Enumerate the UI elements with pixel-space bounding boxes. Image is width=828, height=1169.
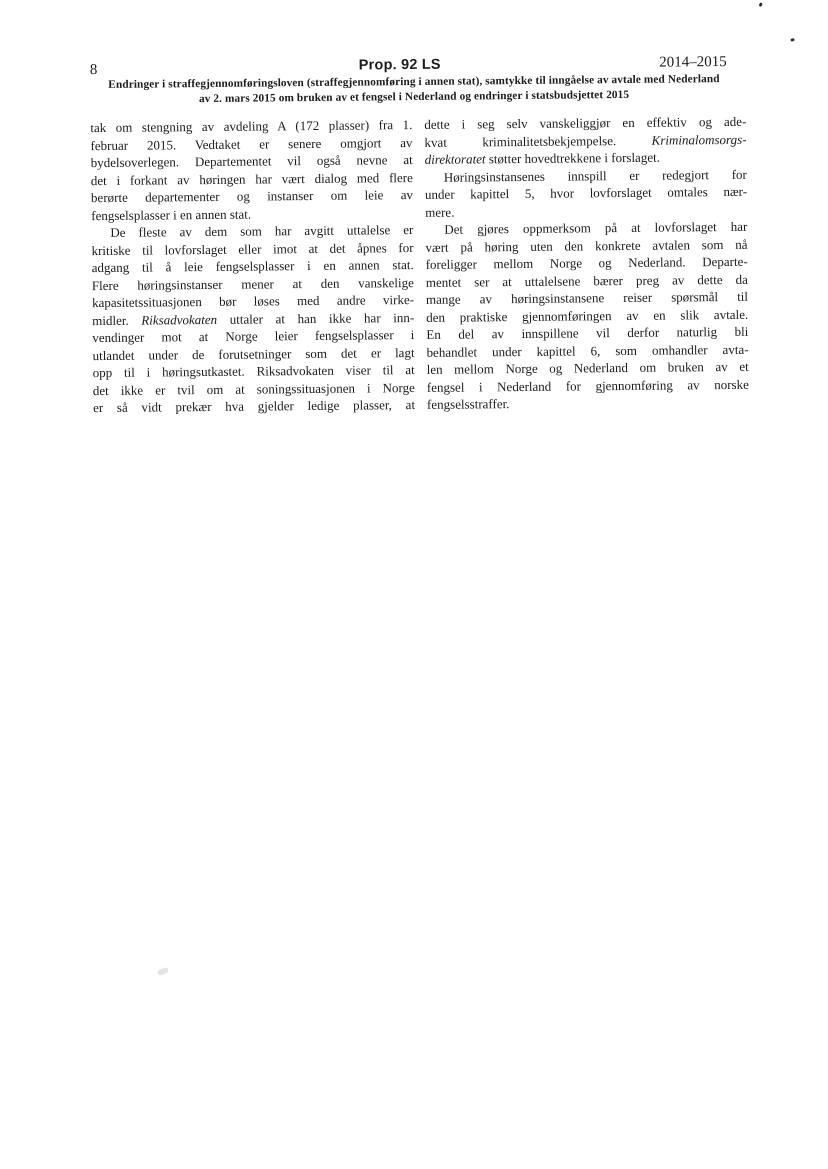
- text-segment: adgang til å leie fengselsplasser i en a…: [92, 257, 414, 275]
- text-segment: bydelsoverlegen. Departementet vil også …: [91, 152, 413, 170]
- text-segment: kritiske til lovforslaget eller imot at …: [91, 240, 413, 258]
- text-segment: len mellom Norge og Nederland om bruken …: [427, 359, 749, 377]
- text-segment: dette i seg selv vanskeliggjør en effekt…: [424, 114, 746, 132]
- text-segment: det ikke er tvil om at soningssituasjone…: [93, 380, 415, 398]
- text-line: er så vidt prekær hva gjelder ledige pla…: [93, 396, 415, 417]
- text-segment: De fleste av dem som har avgitt uttalels…: [110, 222, 413, 240]
- italic-text-segment: Riksadvokaten: [141, 311, 217, 327]
- text-segment: Høringsinstansenes innspill er redegjort…: [444, 166, 747, 184]
- text-segment: mentet ser at uttalelsene bærer preg av …: [426, 271, 748, 289]
- text-segment: fengselsplasser i en annen stat.: [91, 206, 251, 223]
- italic-text-segment: direktoratet: [425, 151, 486, 167]
- text-segment: fengsel i Nederland for gjennomføring av…: [427, 376, 749, 394]
- text-line: under kapittel 5, hvor lovforslaget omta…: [425, 183, 747, 204]
- text-segment: uttaler at han ikke har inn-: [217, 310, 414, 327]
- text-column-right: dette i seg selv vanskeliggjør en effekt…: [424, 113, 749, 414]
- paragraph: tak om stengning av avdeling A (172 plas…: [90, 116, 413, 224]
- text-segment: opp til i høringsutkastet. Riksadvokaten…: [93, 362, 415, 380]
- text-segment: støtter hovedtrekkene i forslaget.: [485, 150, 659, 167]
- paragraph: De fleste av dem som har avgitt uttalels…: [91, 221, 415, 417]
- paragraph: Det gjøres oppmerksom på at lovforslaget…: [425, 218, 749, 414]
- text-segment: fengselsstraffer.: [427, 396, 510, 412]
- text-segment: utlandet under de forutsetninger som det…: [92, 345, 414, 363]
- scan-speck: [790, 38, 795, 42]
- body-text: tak om stengning av avdeling A (172 plas…: [90, 113, 749, 417]
- text-segment: kvat kriminalitetsbekjempelse.: [424, 132, 651, 149]
- scan-speck: [759, 2, 763, 7]
- text-segment: foreligger mellom Norge og Nederland. De…: [426, 254, 748, 272]
- text-segment: tak om stengning av avdeling A (172 plas…: [90, 117, 412, 135]
- text-segment: det i forkant av høringen har vært dialo…: [91, 170, 413, 188]
- scanned-page: 8 Prop. 92 LS 2014–2015 Endringer i stra…: [0, 0, 828, 1169]
- text-segment: behandlet under kapittel 6, som omhandle…: [426, 341, 748, 359]
- text-segment: kapasitetssituasjonen bør løses med andr…: [92, 292, 414, 310]
- italic-text-segment: Kriminalomsorgs-: [652, 131, 747, 147]
- text-line: fengsel i Nederland for gjennomføring av…: [427, 375, 749, 396]
- text-segment: februar 2015. Vedtaket er senere omgjort…: [90, 135, 412, 153]
- text-segment: mere.: [425, 204, 454, 219]
- text-segment: vært på høring uten den konkrete avtalen…: [425, 236, 747, 254]
- text-segment: En del av innspillene vil derfor naturli…: [426, 324, 748, 342]
- text-segment: den praktiske gjennomføringen av en slik…: [426, 306, 748, 324]
- paragraph: Høringsinstansenes innspill er redegjort…: [425, 165, 747, 221]
- text-segment: vendinger mot at Norge leier fengselspla…: [92, 327, 414, 345]
- document-page: { "page": { "number": "8", "title": "Pro…: [0, 0, 828, 1169]
- scan-speck: [157, 967, 169, 977]
- text-segment: Det gjøres oppmerksom på at lovforslaget…: [444, 219, 747, 237]
- text-segment: mange av høringsinstansene reiser spørsm…: [426, 289, 748, 307]
- text-segment: Flere høringsinstanser mener at den vans…: [92, 275, 414, 293]
- text-segment: midler.: [92, 312, 141, 327]
- paragraph: dette i seg selv vanskeliggjør en effekt…: [424, 113, 746, 169]
- text-line: kvat kriminalitetsbekjempelse. Kriminalo…: [424, 130, 746, 151]
- text-segment: berørte departementer og instanser om le…: [91, 187, 413, 205]
- text-segment: under kapittel 5, hvor lovforslaget omta…: [425, 184, 747, 202]
- text-line: berørte departementer og instanser om le…: [91, 186, 413, 207]
- text-segment: er så vidt prekær hva gjelder ledige pla…: [93, 397, 415, 415]
- session-years: 2014–2015: [659, 54, 727, 72]
- text-column-left: tak om stengning av avdeling A (172 plas…: [90, 116, 415, 417]
- text-line: fengselsstraffer.: [427, 393, 749, 414]
